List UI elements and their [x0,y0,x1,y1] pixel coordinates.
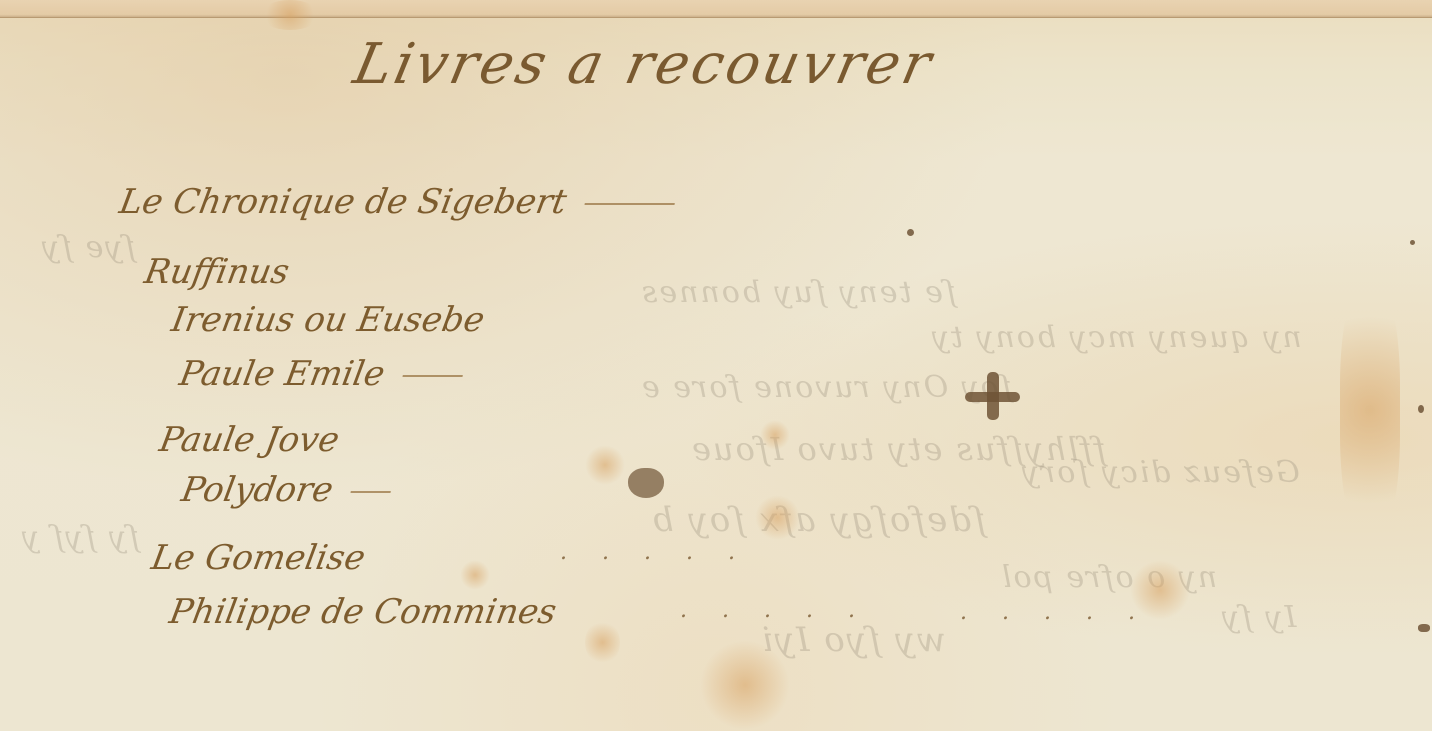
page-top-edge [0,0,1432,18]
foxing-stain [460,560,490,590]
foxing-stain [755,495,800,540]
manuscript-page: ſe teny ſuy bonnes ny queny mcy bony ty … [0,0,1432,731]
bleed-through-text: Iy ſy [1220,600,1296,635]
list-item: Paule Emile [176,354,466,394]
ink-dot [1418,624,1430,632]
faded-marks: . . . . . [560,540,749,565]
faded-marks: . . . . . [960,600,1149,625]
entry-text: Paule Emile [176,354,387,394]
bleed-through-text: ſdefoſgy afx ſoy b [650,500,986,540]
list-item: Paule Jove [156,420,342,460]
ink-cross-blot [987,372,999,420]
entry-text: Le Chronique de Sigebert [116,182,569,222]
foxing-stain [700,640,790,730]
entry-flourish [584,203,674,205]
bleed-through-text: ſe teny ſuy bonnes [640,275,956,310]
bleed-through-text: ſy ſyſ y [20,520,139,555]
list-item: Le Chronique de Sigebert [116,182,678,222]
bleed-through-text: wy ſyo Iyi [760,620,946,660]
ink-dot [1410,240,1415,245]
foxing-stain [585,620,620,665]
faded-marks: . . . . . [680,598,869,623]
page-title-text: Livres a recouvrer [348,32,940,97]
list-item: Irenius ou Eusebe [168,300,487,340]
entry-text: Irenius ou Eusebe [168,300,487,340]
page-title: Livres a recouvrer [348,32,940,97]
foxing-stain [260,0,320,30]
entry-text: Le Gomelise [148,538,368,578]
list-item: Polydore [178,470,395,510]
foxing-stain [760,420,790,450]
entry-text: Polydore [178,470,336,510]
foxing-stain [585,445,625,485]
bleed-through-text: Gefeuz dicy ſory [1020,455,1300,490]
list-item: Le Gomelise [148,538,368,578]
list-item: Philippe de Commines [166,592,559,632]
ink-heart-blot [628,468,664,498]
bleed-through-text: ſoy Ony ruvone fore e [640,370,1012,405]
entry-flourish [403,375,463,377]
bleed-through-text: ny queny mcy bony ty [930,320,1302,355]
ink-dot [907,229,914,236]
entry-text: Ruffinus [141,252,292,292]
entry-flourish [351,491,391,493]
entry-text: Paule Jove [156,420,342,460]
list-item: Ruffinus [141,252,292,292]
entry-text: Philippe de Commines [166,592,559,632]
foxing-stain [1340,280,1400,540]
ink-dot [1418,405,1424,413]
bleed-through-text: ſye ſy [40,230,135,265]
